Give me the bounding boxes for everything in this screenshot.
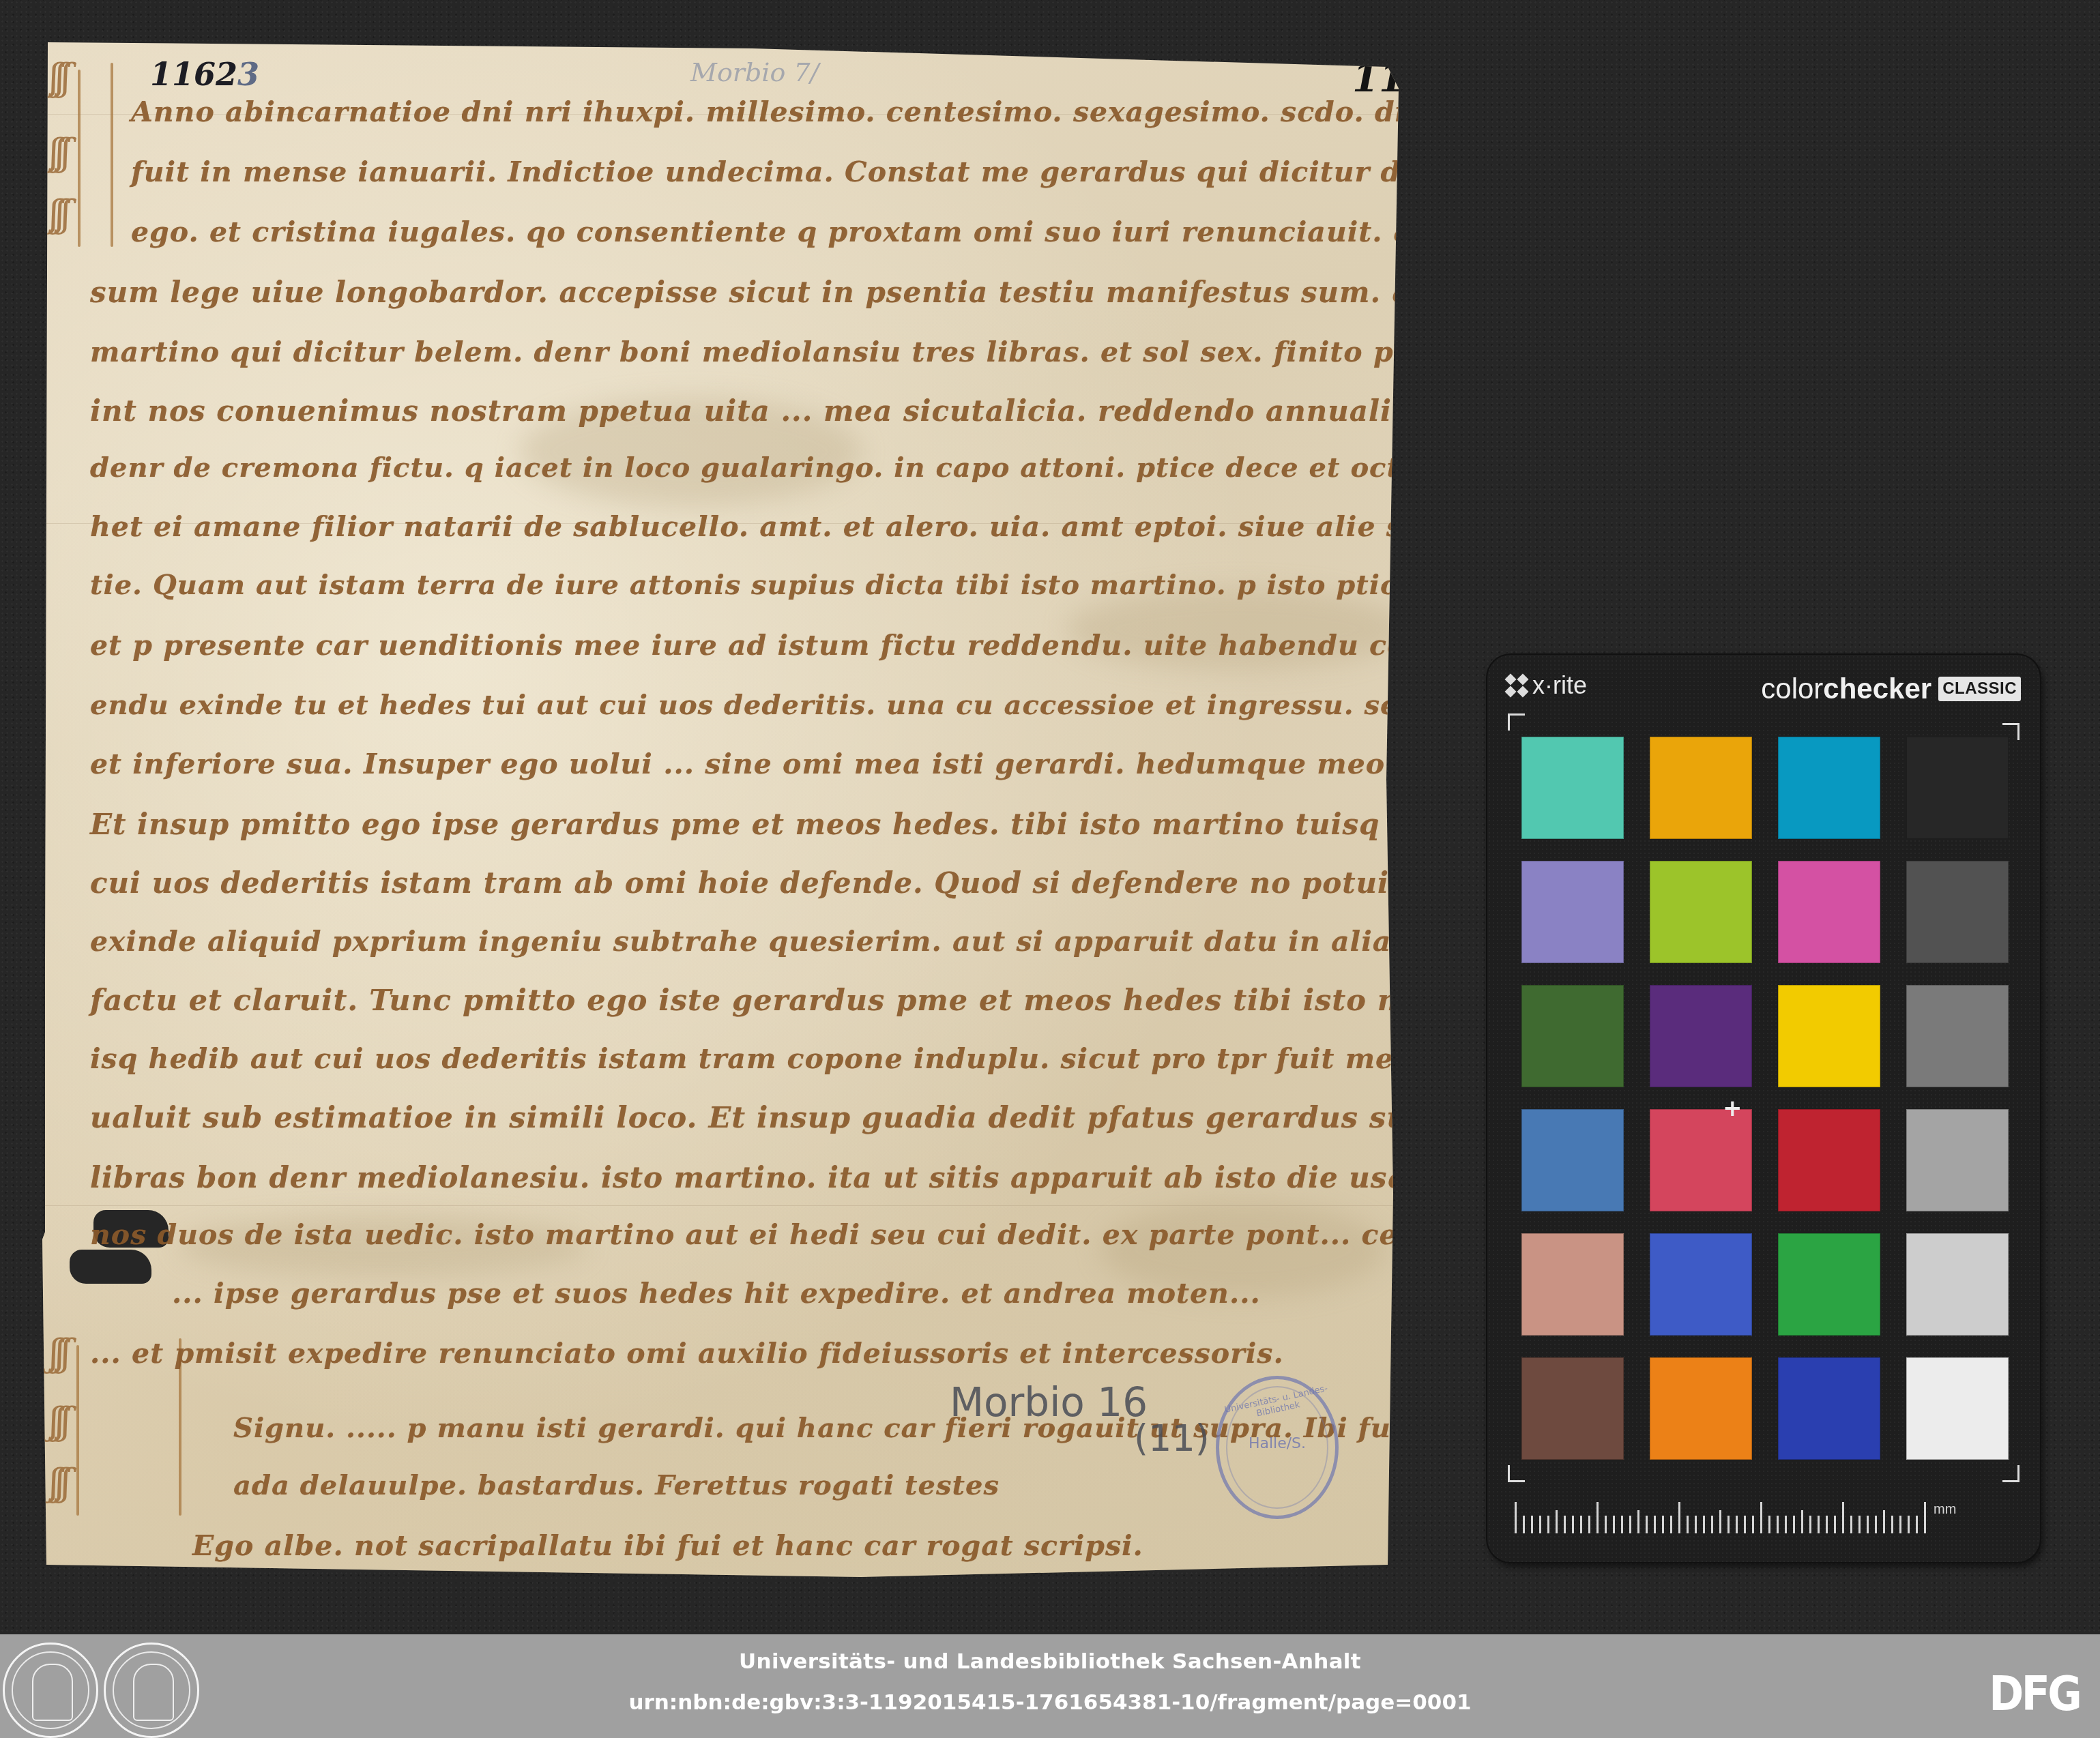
color-patch-purple (1650, 985, 1752, 1087)
ruler-tick (1826, 1516, 1828, 1533)
ruler-tick (1883, 1510, 1885, 1533)
color-patch-orange (1650, 1357, 1752, 1460)
ruler-tick (1801, 1510, 1803, 1533)
ruler-tick (1580, 1516, 1582, 1533)
color-patch-dark-skin (1521, 1357, 1624, 1460)
ruler-tick (1654, 1516, 1656, 1533)
text-line: isq hedib aut cui uos dederitis istam tr… (90, 1042, 1578, 1075)
registration-corner (1508, 1465, 1525, 1482)
ruler-tick (1867, 1516, 1869, 1533)
ruler-tick (1858, 1516, 1861, 1533)
color-patch-green (1778, 1233, 1880, 1336)
ruler-tick (1596, 1502, 1599, 1533)
xrite-icon (1506, 675, 1527, 696)
ruler-tick (1662, 1516, 1664, 1533)
ruler-tick (1727, 1516, 1730, 1533)
registration-corner (2002, 1465, 2019, 1482)
ruler-tick (1539, 1516, 1541, 1533)
dfg-logo: DFG (1989, 1666, 2080, 1722)
title-light: color (1761, 673, 1823, 705)
color-patch-blue (1650, 1233, 1752, 1336)
xrite-brand-text: x·rite (1532, 671, 1587, 700)
ruler-tick (1899, 1516, 1901, 1533)
text-line: et p presente car uenditionis mee iure a… (90, 629, 1586, 662)
color-patch-bluish-green (1521, 737, 1624, 839)
folio-number: 11. (1352, 56, 1418, 101)
ruler-tick (1793, 1516, 1795, 1533)
color-patch-yellow (1778, 985, 1880, 1087)
ruler-tick (1744, 1516, 1746, 1533)
ruler-tick (1646, 1516, 1648, 1533)
date-annotation: 11623 (150, 56, 259, 93)
chrismon-icon: ʃʃʃ (49, 192, 67, 235)
color-patch-foliage (1521, 985, 1624, 1087)
subscription-line: ada delauulpe. bastardus. Ferettus rogat… (233, 1469, 1000, 1501)
ruler-tick (1613, 1516, 1615, 1533)
color-patch-black (1906, 737, 2009, 839)
ruler-tick (1891, 1516, 1893, 1533)
ruler-tick (1670, 1516, 1672, 1533)
registration-corner (1508, 713, 1525, 731)
chrismon-icon: ʃʃʃ (49, 131, 67, 174)
ruler-tick (1785, 1516, 1787, 1533)
color-patch-red (1778, 1109, 1880, 1211)
text-line: martino qui dicitur belem. denr boni med… (90, 336, 1540, 368)
color-patch-blue-flower (1521, 861, 1624, 963)
ruler-tick (1629, 1516, 1631, 1533)
pencil-shelfmark: Morbio 16 (950, 1379, 1148, 1426)
color-patch-neutral-6-5 (1906, 1109, 2009, 1211)
ruler-tick (1809, 1516, 1811, 1533)
ruler-tick (1621, 1516, 1623, 1533)
text-line: denr de cremona fictu. q iacet in loco g… (90, 452, 1644, 484)
color-patch-cyan (1778, 737, 1880, 839)
text-line: sum lege uiue longobardor. accepisse sic… (90, 276, 1592, 309)
classic-badge: CLASSIC (1938, 677, 2021, 701)
chrismon-stroke (111, 63, 113, 247)
chrismon-stroke (76, 1345, 79, 1516)
color-patch-magenta (1778, 861, 1880, 963)
text-line: et inferiore sua. Insuper ego uolui ... … (90, 748, 1644, 780)
text-line: exinde aliquid pxprium ingeniu subtrahe … (90, 925, 1519, 958)
text-line: ... ipse gerardus pse et suos hedes hit … (172, 1277, 1261, 1310)
ruler-tick (1637, 1510, 1639, 1533)
pencil-shelfmark-number: (11) (1134, 1417, 1210, 1460)
ruler-tick (1605, 1516, 1607, 1533)
ruler-tick (1556, 1510, 1558, 1533)
parchment-hole (70, 1250, 151, 1284)
text-line: cui uos dederitis istam tram ab omi hoie… (90, 866, 1646, 900)
ruler-tick (1777, 1516, 1779, 1533)
crosshair-icon: + (1723, 1095, 1742, 1122)
ruler-tick (1711, 1516, 1713, 1533)
pencil-note-top: Morbio 7/ (690, 57, 819, 87)
ruler-tick (1687, 1516, 1689, 1533)
ruler-tick (1908, 1516, 1910, 1533)
footer-bar: Universitäts- und Landesbibliothek Sachs… (0, 1634, 2100, 1738)
ruler-tick (1523, 1516, 1525, 1533)
text-line: ... et pmisit expedire renunciato omi au… (90, 1337, 1284, 1370)
text-line: Anno abincarnatioe dni nri ihuxpi. mille… (131, 95, 1572, 128)
ruler-tick (1678, 1502, 1680, 1533)
color-patch-moderate-red (1650, 1109, 1752, 1211)
ruler-tick (1760, 1502, 1762, 1533)
chrismon-icon: ʃʃʃ (49, 1400, 67, 1443)
ruler-tick (1564, 1516, 1566, 1533)
color-patch-neutral-5 (1906, 985, 2009, 1087)
urn-identifier: urn:nbn:de:gbv:3:3-1192015415-1761654381… (0, 1690, 2100, 1715)
color-patch-orange-yellow (1650, 737, 1752, 839)
ruler-tick (1572, 1516, 1574, 1533)
ruling-line (42, 1205, 1407, 1206)
ruler-tick (1834, 1516, 1836, 1533)
color-patch-light-skin (1521, 1233, 1624, 1336)
ruler-tick (1547, 1516, 1549, 1533)
ruler-tick (1588, 1516, 1590, 1533)
stamp-center-text: Halle/S. (1219, 1435, 1335, 1452)
text-line: fuit in mense ianuarii. Indictioe undeci… (131, 156, 1545, 188)
chrismon-stroke (78, 70, 81, 247)
title-bold: checker (1823, 673, 1931, 705)
colorchecker-card: x·rite color checker CLASSIC + mm (1487, 655, 2040, 1562)
ruler-tick (1916, 1516, 1918, 1533)
color-patch-neutral-3-5 (1906, 861, 2009, 963)
text-line: Et insup pmitto ego ipse gerardus pme et… (90, 808, 1549, 841)
ruler-tick (1695, 1516, 1697, 1533)
ruler-tick (1924, 1502, 1926, 1533)
chrismon-icon: ʃʃʃ (49, 1461, 67, 1504)
chrismon-icon: ʃʃʃ (49, 56, 67, 99)
parchment-charter: 11623 Morbio 7/ 11. ʃʃʃ ʃʃʃ ʃʃʃ ʃʃʃ ʃʃʃ … (42, 42, 1407, 1577)
library-name: Universitäts- und Landesbibliothek Sachs… (0, 1649, 2100, 1674)
color-patch-blue-dark (1778, 1357, 1880, 1460)
ruler-tick (1736, 1516, 1738, 1533)
text-line: factu et claruit. Tunc pmitto ego iste g… (90, 984, 1560, 1018)
text-line: endu exinde tu et hedes tui aut cui uos … (90, 689, 1596, 721)
text-line: ualuit sub estimatioe in simili loco. Et… (90, 1101, 1588, 1135)
subscription-line: Ego albe. not sacripallatu ibi fui et ha… (192, 1529, 1143, 1562)
ruler-tick (1752, 1516, 1754, 1533)
mm-ruler (1515, 1499, 1924, 1533)
color-patch-white (1906, 1357, 2009, 1460)
colorchecker-title: color checker CLASSIC (1761, 673, 2021, 705)
ruler-tick (1703, 1516, 1705, 1533)
ruler-tick (1875, 1516, 1877, 1533)
text-line: nos duos de ista uedic. isto martino aut… (90, 1218, 1445, 1251)
ruler-tick (1850, 1516, 1852, 1533)
text-line: libras bon denr mediolanesiu. isto marti… (90, 1161, 1489, 1194)
ruler-tick (1818, 1516, 1820, 1533)
color-patch-yellow-green (1650, 861, 1752, 963)
ruler-tick (1719, 1510, 1721, 1533)
xrite-logo: x·rite (1506, 671, 1587, 700)
color-patch-purplish-blue (1521, 1109, 1624, 1211)
text-line: tie. Quam aut istam terra de iure attoni… (90, 569, 1574, 601)
chrismon-icon: ʃʃʃ (49, 1331, 67, 1374)
text-line: ego. et cristina iugales. qo consentient… (131, 216, 1519, 248)
ruler-tick (1842, 1502, 1844, 1533)
ruler-tick (1768, 1516, 1770, 1533)
ruler-unit-label: mm (1934, 1502, 1956, 1518)
color-patch-grid (1521, 737, 2013, 1460)
text-line: het ei amane filior natarii de sablucell… (90, 510, 1600, 543)
library-stamp: Universitäts- u. Landes-Bibliothek Halle… (1216, 1376, 1339, 1519)
ruler-tick (1515, 1502, 1517, 1533)
color-patch-neutral-8 (1906, 1233, 2009, 1336)
text-line: int nos conuenimus nostram ppetua uita .… (90, 394, 1506, 428)
ruler-tick (1531, 1516, 1533, 1533)
